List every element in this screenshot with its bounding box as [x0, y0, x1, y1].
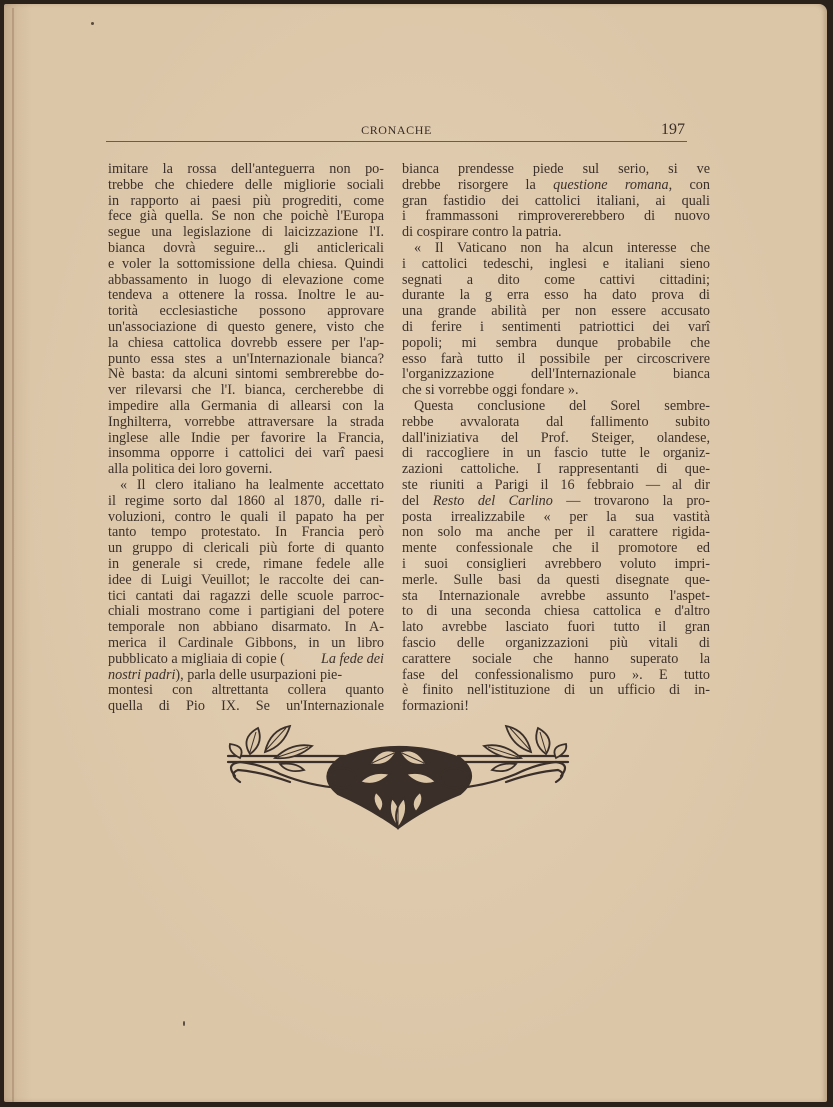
text-run: — trovarono la pro-: [553, 493, 710, 509]
text-line: voluzioni, contro le quali il papato ha …: [108, 510, 384, 526]
newspaper-title-italic: Resto del Carlino: [433, 493, 553, 509]
text-line: formazioni!: [402, 699, 710, 715]
text-line: bianca dovrà seguire... gli anticlerical…: [108, 241, 384, 257]
text-line: in rapporto ai paesi più progrediti, com…: [108, 194, 384, 210]
book-page: CRONACHE 197 imitare la rossa dell'anteg…: [4, 4, 827, 1102]
text-line: è finito nell'istituzione di un ufficio …: [402, 683, 710, 699]
text-line: idee di Luigi Veuillot; le raccolte dei …: [108, 573, 384, 589]
floral-tailpiece-ornament-icon: [220, 716, 576, 830]
text-line: abbassamento in luogo di elevazione come: [108, 273, 384, 289]
text-line: inglese alle Indie per favorire la Franc…: [108, 431, 384, 447]
text-line: trebbe che chiedere delle migliorie soci…: [108, 178, 384, 194]
book-title-italic: La fede dei: [321, 652, 384, 668]
text-line: chiali mostrano come i partigiani del po…: [108, 604, 384, 620]
text-run: nostri padri), parla delle usurpazioni p…: [108, 668, 342, 684]
text-line: to di una seconda chiesa cattolica e d'a…: [402, 604, 710, 620]
page-gutter: [12, 8, 14, 1102]
text-line: segnati a dito come cattivi cittadini;: [402, 273, 710, 289]
text-line: merle. Sulle basi da questi disegnate qu…: [402, 573, 710, 589]
text-run: ), parla delle usurpazioni pie-: [175, 667, 342, 683]
text-line: punto essa stes a un'Internazionale bian…: [108, 352, 384, 368]
text-line: durante la g erra esso ha dato prova di: [402, 288, 710, 304]
text-line: tanto tempo protestato. In Francia però: [108, 525, 384, 541]
text-line: in generale si crede, rimane fedele alle: [108, 557, 384, 573]
text-line: di ferire i sentimenti patriottici dei v…: [402, 320, 710, 336]
text-line: fase del confessionalismo puro ». E tutt…: [402, 668, 710, 684]
page-number: 197: [661, 121, 685, 139]
text-line: pubblicato a migliaia di copie (La fede …: [108, 652, 384, 668]
text-line: Inghilterra, vorrebbe attraversare la st…: [108, 415, 384, 431]
right-column: bianca prendesse piede sul serio, si ve …: [402, 162, 710, 715]
text-line-paragraph-start: Questa conclusione del Sorel sembre-: [402, 399, 710, 415]
text-line: rebbe avvalorata dal fallimento subito: [402, 415, 710, 431]
text-line: ste riuniti a Parigi il 16 febbraio — al…: [402, 478, 710, 494]
text-line: esso farà tutto il possibile per circosc…: [402, 352, 710, 368]
text-line: i frammassoni rimprovererebbero di nuovo: [402, 209, 710, 225]
text-line: drebbe risorgere la questione romana, co…: [402, 178, 710, 194]
text-line: tendeva a ottenere la rossa. Inoltre le …: [108, 288, 384, 304]
text-line: carattere sociale che hanno superato la: [402, 652, 710, 668]
text-line: imitare la rossa dell'anteguerra non po-: [108, 162, 384, 178]
text-line: quella di Pio IX. Se un'Internazionale: [108, 699, 384, 715]
text-line: mente confessionale che il promotore ed: [402, 541, 710, 557]
text-line: l'organizzazione dell'Internazionale bia…: [402, 367, 710, 383]
text-line: un'associazione di questo genere, visto …: [108, 320, 384, 336]
text-line: gran fastidio dei cattolici italiani, ai…: [402, 194, 710, 210]
text-line: posta irrealizzabile « per la sua vastit…: [402, 510, 710, 526]
text-line: non solo ma anche per il carattere rigid…: [402, 525, 710, 541]
running-header: CRONACHE 197: [104, 121, 689, 143]
text-line: torità ecclesiastiche possono approvare: [108, 304, 384, 320]
text-line: che si vorrebbe oggi fondare ».: [402, 383, 710, 399]
text-line: lato avrebbe lasciato fuori tutto il gra…: [402, 620, 710, 636]
text-line: la chiesa cattolica dovrebb essere per l…: [108, 336, 384, 352]
text-run: del: [402, 493, 433, 509]
text-line-paragraph-start: « Il Vaticano non ha alcun interesse che: [402, 241, 710, 257]
text-run: pubblicato a migliaia di copie (: [108, 652, 285, 668]
text-line: un gruppo di clericali più forte di quan…: [108, 541, 384, 557]
text-line: impedire alla Germania di allearsi con l…: [108, 399, 384, 415]
text-line: Nè basta: da alcuni sintomi sembrerebbe …: [108, 367, 384, 383]
header-rule: [106, 141, 687, 142]
text-line: del Resto del Carlino — trovarono la pro…: [402, 494, 710, 510]
text-line: nostri padri), parla delle usurpazioni p…: [108, 668, 384, 684]
text-line: insomma opporre i cattolici dei varî pae…: [108, 446, 384, 462]
text-line: dall'iniziativa del Prof. Steiger, oland…: [402, 431, 710, 447]
text-line: alla politica dei loro governi.: [108, 462, 384, 478]
text-line: segue una legislazione di laicizzazione …: [108, 225, 384, 241]
text-line: fascio delle organizzazioni più vitali d…: [402, 636, 710, 652]
text-line: zazioni cattoliche. I rappresentanti di …: [402, 462, 710, 478]
text-line: merica il Cardinale Gibbons, in un libro: [108, 636, 384, 652]
text-line: i cattolici tedeschi, inglesi e italiani…: [402, 257, 710, 273]
text-line: temporale non abbiano disarmato. In A-: [108, 620, 384, 636]
paper-speck: [183, 1021, 185, 1026]
text-run: drebbe risorgere la: [402, 177, 553, 193]
text-line: bianca prendesse piede sul serio, si ve: [402, 162, 710, 178]
text-line: i suoi consiglieri avrebbero voluto impr…: [402, 557, 710, 573]
text-line: ver rilevarsi che l'I. bianca, cerchereb…: [108, 383, 384, 399]
text-line: tici cantati dai ragazzi delle scuole pa…: [108, 589, 384, 605]
book-title-italic: nostri padri: [108, 667, 175, 683]
section-title: CRONACHE: [104, 123, 689, 138]
text-line: di raccogliere in un fascio tutte le org…: [402, 446, 710, 462]
text-line: di cospirare contro la patria.: [402, 225, 710, 241]
text-line: sta Internazionale avrebbe assunto l'asp…: [402, 589, 710, 605]
text-line: e voler la sottomissione della chiesa. Q…: [108, 257, 384, 273]
text-line: una grande abilità per non essere accusa…: [402, 304, 710, 320]
left-column: imitare la rossa dell'anteguerra non po-…: [108, 162, 384, 715]
text-line: il regime sorto dal 1860 al 1870, dalle …: [108, 494, 384, 510]
text-line: fece già quella. Se non che poichè l'Eur…: [108, 209, 384, 225]
paper-speck: [91, 22, 94, 25]
text-line: montesi con altrettanta collera quanto: [108, 683, 384, 699]
text-run: , con: [669, 177, 710, 193]
text-line: popoli; mi sembra dunque probabile che: [402, 336, 710, 352]
italic-phrase: questione romana: [553, 177, 668, 193]
text-line-paragraph-start: « Il clero italiano ha lealmente accetta…: [108, 478, 384, 494]
